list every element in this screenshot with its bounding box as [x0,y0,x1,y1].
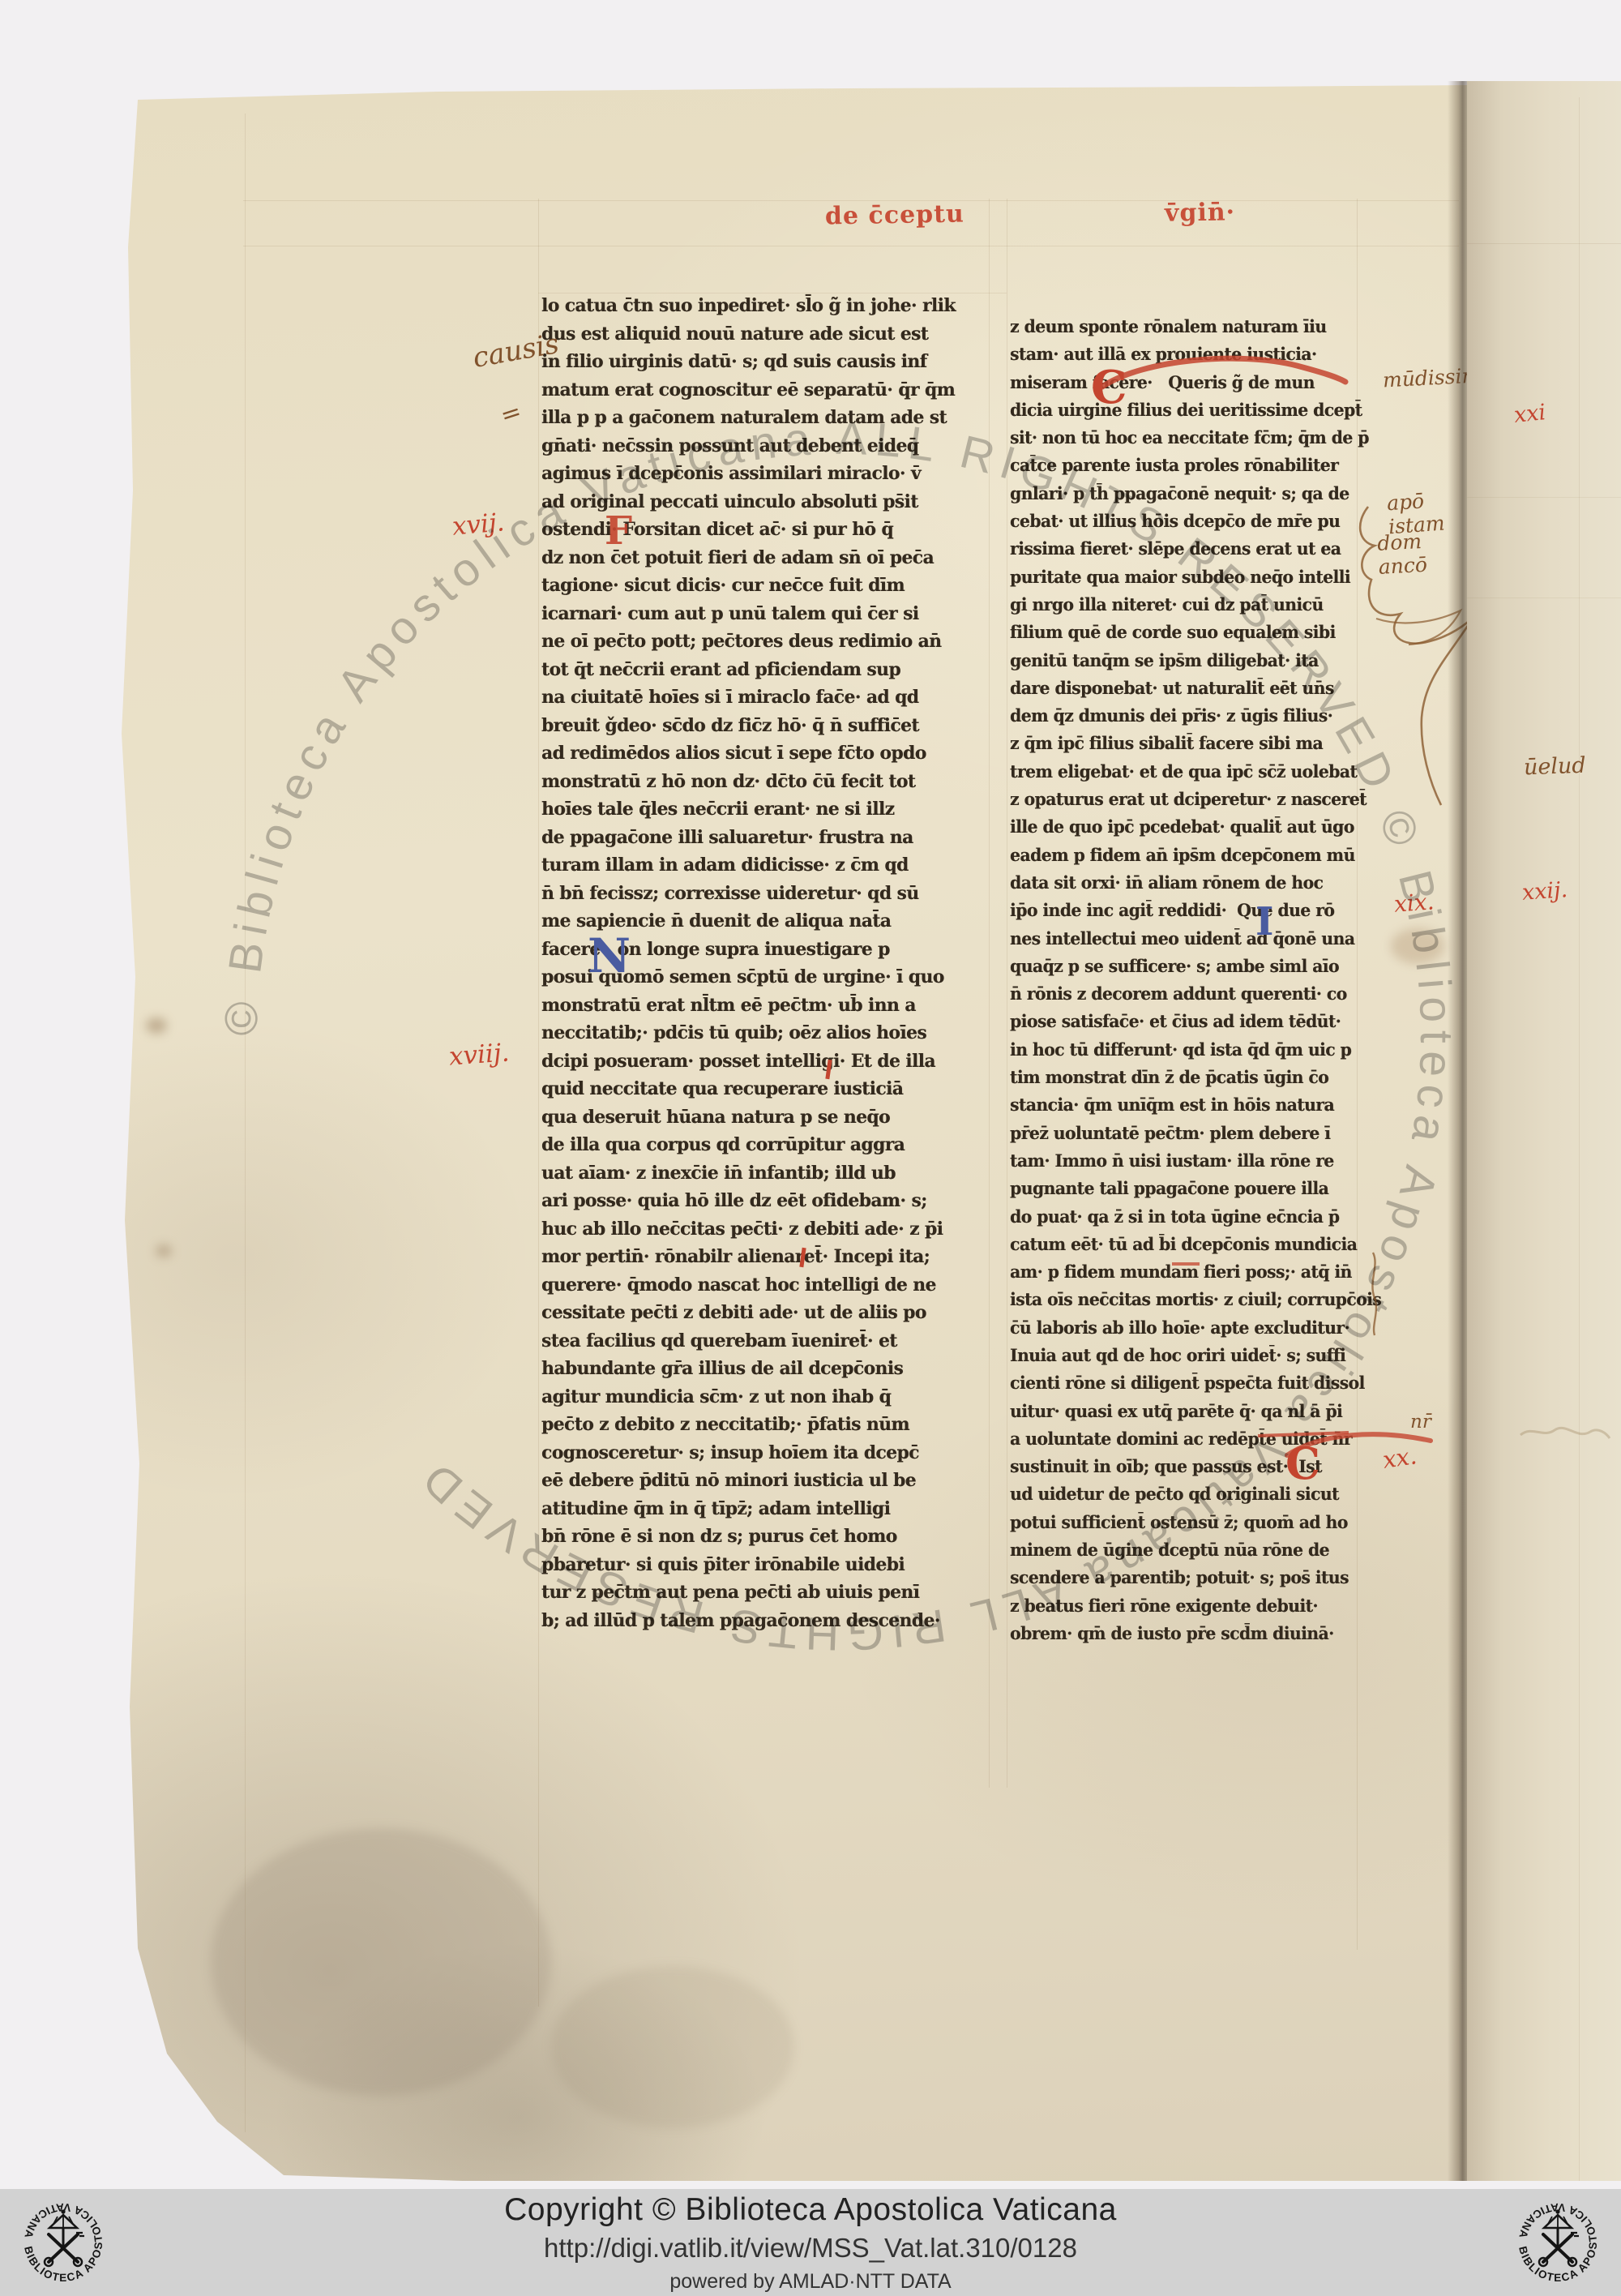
manuscript-text-line: agitur mundicia sc̄m· z ut non ihab q̄ [541,1383,970,1411]
faint-margin-scribble [1516,1411,1613,1451]
ruling-line-vertical [1007,199,1007,1788]
manuscript-text-line: icarnari· cum aut p unū talem qui c̄er s… [541,600,970,628]
margin-number-xvii: xvij. [451,508,506,541]
manuscript-text-line: ne oī pec̄to pott; pec̄tores deus redimi… [541,628,970,656]
manuscript-text-line: dem q̄z dmunis dei pr̄is· z ūgis filius· [1010,702,1344,730]
manuscript-text-line: cebat· ut illius hōis dcepc̄o de mr̄e pu [1010,508,1344,535]
manuscript-text-line: tam· Immo n̄ uisi iustam· illa rōne re [1010,1147,1344,1175]
manuscript-text-line: querere· q̄modo nascat hoc intelligi de … [541,1271,970,1300]
manuscript-text-line: miseram facere· Queris g̃ de mun [1010,369,1344,396]
manuscript-text-line: obrem· qm̄ de iusto pr̄e scd̄m diuinā· [1010,1620,1344,1647]
manuscript-text-line: b; ad illūd p talem ppagac̄onem descende… [541,1607,970,1635]
svg-text:BIBLIOTECA APOSTOLICA VATICANA: BIBLIOTECA APOSTOLICA VATICANA • [11,2191,105,2284]
manuscript-text-line: de ppagac̄one illi saluaretur· frustra n… [541,824,970,852]
footer-text-block: Copyright © Biblioteca Apostolica Vatica… [504,2192,1117,2294]
manuscript-text-line: stea facilius qd querebam īueniret̄· et [541,1327,970,1356]
ruling-line-horizontal [1467,497,1621,498]
manuscript-text-line: nes intellectui meo uident̄ ad q̄onē una [1010,925,1344,953]
manuscript-text-line: z deum sponte rōnalem naturam īiu [1010,313,1344,341]
manuscript-text-line: ip̄o inde inc agit̄ reddidi· Que due rō [1010,897,1344,924]
red-initial-queris: C [1091,361,1127,414]
manuscript-text-line: pbaretur· si quis p̄iter irōnabile uideb… [541,1551,970,1579]
manuscript-text-line: gi nrgo illa niteret· cui dz pat̄ unicū [1010,591,1344,619]
manuscript-text-line: lo catua c̄tn suo inpediret· sl̄o g̃ in … [541,292,970,320]
manuscript-text-line: scendere a parentib; potuit· s; pos̄ itu… [1010,1564,1344,1591]
manuscript-text-line: uat aīam· z inexc̄ie in̄ infantib; illd … [541,1159,970,1188]
manuscript-text-line: catum eēt· tū ad b̄i dcepc̄onis mundicia [1010,1231,1344,1258]
margin-number-xviii: xviij. [448,1038,511,1071]
manuscript-text-line: quaq̄z p se sufficere· s; ambe siml aīo [1010,953,1344,980]
manuscript-text-line: bn̄ rōne ē si non dz s; purus c̄et homo [541,1523,970,1551]
vatican-emblem-icon [45,2209,84,2266]
manuscript-text-line: stancia· q̄m unīq̄m est in hōis natura [1010,1091,1344,1119]
manuscript-text-line: tim monstrat dīn z̄ de p̄catis ūgin c̄o [1010,1064,1344,1091]
manuscript-text-line: cognosceretur· s; insup hoīem ita dcepc̄ [541,1439,970,1467]
manuscript-text-line: tot q̄t nec̄crii erant ad pficiendam sup [541,656,970,684]
manuscript-text-line: hoīes tale q̄les nec̄crii erant· ne si i… [541,795,970,824]
manuscript-text-line: in filio uirginis datū· s; qd suis causi… [541,348,970,376]
manuscript-text-line: mor pertin̄· rōnabilr alienaret̄· Incepi… [541,1243,970,1271]
vatican-emblem-icon [1539,2209,1579,2266]
digitized-manuscript-scan: de c̄ceptu v̄gin̄· lo catua c̄tn suo inp… [0,0,1621,2296]
manuscript-text-line: de illa qua corpus qd corrūpitur aggra [541,1131,970,1159]
manuscript-text-line: filium quē de corde suo equalem sibi [1010,619,1344,646]
margin-note-equals: = [497,397,525,430]
ruling-line-vertical [245,114,246,2132]
running-title-right: v̄gin̄· [1165,198,1236,228]
manuscript-text-line: c̄ū laboris ab illo hoīe· apte excluditu… [1010,1314,1344,1342]
manuscript-text-line: tagione· sicut dicis· cur nec̄ce fuit dī… [541,572,970,600]
blue-initial-non: N [588,928,631,983]
facing-page-edge: xxi ūelud xxij. [1467,81,1621,2181]
manuscript-text-line: dicia uirgine filius dei ueritissime dce… [1010,396,1344,424]
manuscript-text-line: piose satisfac̄e· et c̄ius ad idem tēdūt… [1010,1008,1344,1035]
facing-margin-number-xxi: xxi [1512,400,1546,428]
manuscript-text-line: cat̄ce parente iusta proles rōnabiliter [1010,452,1344,479]
manuscript-text-line: monstratū erat nl̄tm eē pec̄tm· ub̄ inn … [541,992,970,1020]
manuscript-text-line: monstratū z hō non dz· dc̄to c̄ū fecit t… [541,768,970,796]
facing-margin-number-xxii: xxij. [1521,877,1568,906]
manuscript-text-line: n̄ bn̄ fecissz; correxisse uideretur· qd… [541,880,970,908]
footer-powered-by: powered by AMLAD·NTT DATA [504,2270,1117,2294]
facing-margin-note-uelud: ūelud [1523,753,1586,781]
parchment-stain [211,1828,551,2096]
manuscript-text-line: stam· aut illā ex prouiente iusticia· [1010,341,1344,368]
manuscript-text-line: pec̄to z debito z neccitatib;· p̄fatis n… [541,1411,970,1439]
manuscript-text-line: breuit ǧdeo· sc̄do dz fic̄z hō· q̄ n̄ su… [541,712,970,740]
ruling-line-vertical [538,199,539,2007]
ruling-line-horizontal [1467,598,1621,598]
manuscript-text-line: dcipi posueram· posset intelligi· Et de … [541,1047,970,1076]
parchment-stain [156,1244,172,1257]
faded-margin-smudge [1391,928,1444,964]
manuscript-text-line: dare disponebat· ut naturalit̄ eēt un̄s [1010,675,1344,702]
red-underline-small [1172,1262,1200,1266]
blue-initial-que: I [1255,899,1273,945]
manuscript-text-line: minem de ūgine dceptū nūa rōne de [1010,1536,1344,1564]
manuscript-text-line: ista oīs nec̄citas mortis· z ciuil; corr… [1010,1286,1344,1313]
margin-number-xix: xix. [1393,888,1435,917]
footer-url: http://digi.vatlib.it/view/MSS_Vat.lat.3… [504,2233,1117,2264]
manuscript-text-line: illa p p a gac̄onem naturalem datam ade … [541,404,970,432]
margin-note-nr: nr̄ [1410,1411,1431,1433]
manuscript-text-line: pr̄ez̄ uoluntatē pec̄tm· plem debere ī [1010,1120,1344,1147]
manuscript-text-line: matum erat cognoscitur eē separatū· q̄r … [541,376,970,405]
vatican-library-logo-right: BIBLIOTECA APOSTOLICA VATICANA • [1506,2191,1610,2294]
manuscript-text-line: qua deseruit hūana natura p se neq̄o [541,1103,970,1132]
manuscript-text-line: ille de quo ipc̄ pcedebat· qualit̄ aut ū… [1010,813,1344,841]
footer-copyright: Copyright © Biblioteca Apostolica Vatica… [504,2192,1117,2228]
manuscript-text-line: cessitate pec̄ti z debiti ade· ut de ali… [541,1299,970,1327]
manuscript-text-line: z beatus fieri rōne exigente debuit· [1010,1592,1344,1620]
ruling-line-vertical [1579,97,1580,2181]
manuscript-text-line: cienti rōne si diligent̄ pspec̄ta fuit d… [1010,1369,1344,1397]
manuscript-text-line: quid neccitate qua recuperare iusticiā [541,1075,970,1103]
manuscript-text-line: uitur· quasi ex utq̄ parēte q̄· qa nl ā … [1010,1398,1344,1425]
running-title-left: de c̄ceptu [825,200,964,231]
ruling-line-horizontal [243,246,1459,246]
manuscript-text-line: dus est aliquid nouū nature ade sicut es… [541,320,970,349]
margin-number-xx: xx. [1381,1441,1418,1474]
footer-bar: Copyright © Biblioteca Apostolica Vatica… [0,2189,1621,2296]
manuscript-text-line: agimus ī dcepc̄onis assimilari miraclo· … [541,460,970,488]
manuscript-text-line: n̄ rōnis z decorem addunt querenti· co [1010,980,1344,1008]
manuscript-text-line: neccitatib;· pdc̄is tū quib; oēz alios h… [541,1019,970,1047]
manuscript-text-line: data sit orxi· in̄ aliam rōnem de hoc [1010,869,1344,897]
manuscript-text-line: eē debere p̄ditū nō minori iusticia ul b… [541,1467,970,1495]
manuscript-text-line: genitū tanq̄m se ips̄m diligebat· ita [1010,647,1344,675]
manuscript-text-line: sit· non tū hoc ea neccitate fc̄m; q̄m d… [1010,424,1344,452]
manuscript-text-line: ad redimēdos alios sicut ī sepe fc̄to op… [541,739,970,768]
manuscript-text-line: z opaturus erat ut dciperetur· z nascere… [1010,786,1344,813]
manuscript-text-line: ari posse· quia hō ille dz eēt ofidebam·… [541,1187,970,1215]
ruling-line-vertical [1357,199,1358,1950]
red-initial-istud: C [1285,1437,1320,1489]
manuscript-text-line: pugnante tali ppagac̄one pouere illa [1010,1175,1344,1202]
manuscript-text-line: eadem p fidem an̄ ips̄m dcepc̄onem mū [1010,842,1344,869]
svg-text:BIBLIOTECA APOSTOLICA VATICANA: BIBLIOTECA APOSTOLICA VATICANA • [1506,2191,1599,2284]
manuscript-text-line: z q̄m ipc̄ filius sibalit̄ facere sibi m… [1010,730,1344,757]
manuscript-text-line: rissima fieret· slēpe decens erat ut ea [1010,535,1344,563]
manuscript-text-line: turam illam in adam didicisse· z c̄m qd [541,851,970,880]
manuscript-text-line: atitudine q̄m in q̄ tīpz̄; adam intellig… [541,1495,970,1523]
manuscript-text-line: tur z pec̄tm aut pena pec̄ti ab uiuis pe… [541,1578,970,1607]
manuscript-text-line: habundante gr̄a illius de ail dcepc̄onis [541,1355,970,1383]
ruling-line-horizontal [243,200,1459,201]
manuscript-page: de c̄ceptu v̄gin̄· lo catua c̄tn suo inp… [113,85,1467,2181]
parchment-stain [146,1017,167,1034]
manuscript-text-line: in hoc tū differunt· qd ista q̄d q̄m uic… [1010,1036,1344,1064]
manuscript-text-line: do puat· qa z̄ si in tota ūgine ec̄ncia … [1010,1203,1344,1231]
ruling-line-vertical [989,199,990,1788]
vatican-library-logo-left: BIBLIOTECA APOSTOLICA VATICANA • [11,2191,115,2294]
manuscript-text-line: gn̄ati· nec̄ssin possunt aut debent eide… [541,432,970,460]
manuscript-text-line: puritate qua maior subdeo neq̄o intelli [1010,563,1344,591]
parchment-stain [551,1966,794,2128]
manuscript-text-line: na ciuitatē hoīes si ī miraclo fac̄e· ad… [541,683,970,712]
manuscript-text-line: gnlari· p th̄ ppagac̄onē nequit· s; qa d… [1010,480,1344,508]
manuscript-text-line: trem eligebat· et de qua ipc̄ sc̄z̄ uole… [1010,758,1344,786]
manuscript-text-line: potui sufficient̄ ostensū z̄; quom̄ ad h… [1010,1509,1344,1536]
manuscript-text-line: huc ab illo nec̄citas pec̄ti· z debiti a… [541,1215,970,1244]
manuscript-text-line: Inuia aut qd de hoc oriri uidet̄· s; suf… [1010,1342,1344,1369]
red-initial-forsitan: F [605,508,632,554]
ruling-line-horizontal [1467,243,1621,244]
